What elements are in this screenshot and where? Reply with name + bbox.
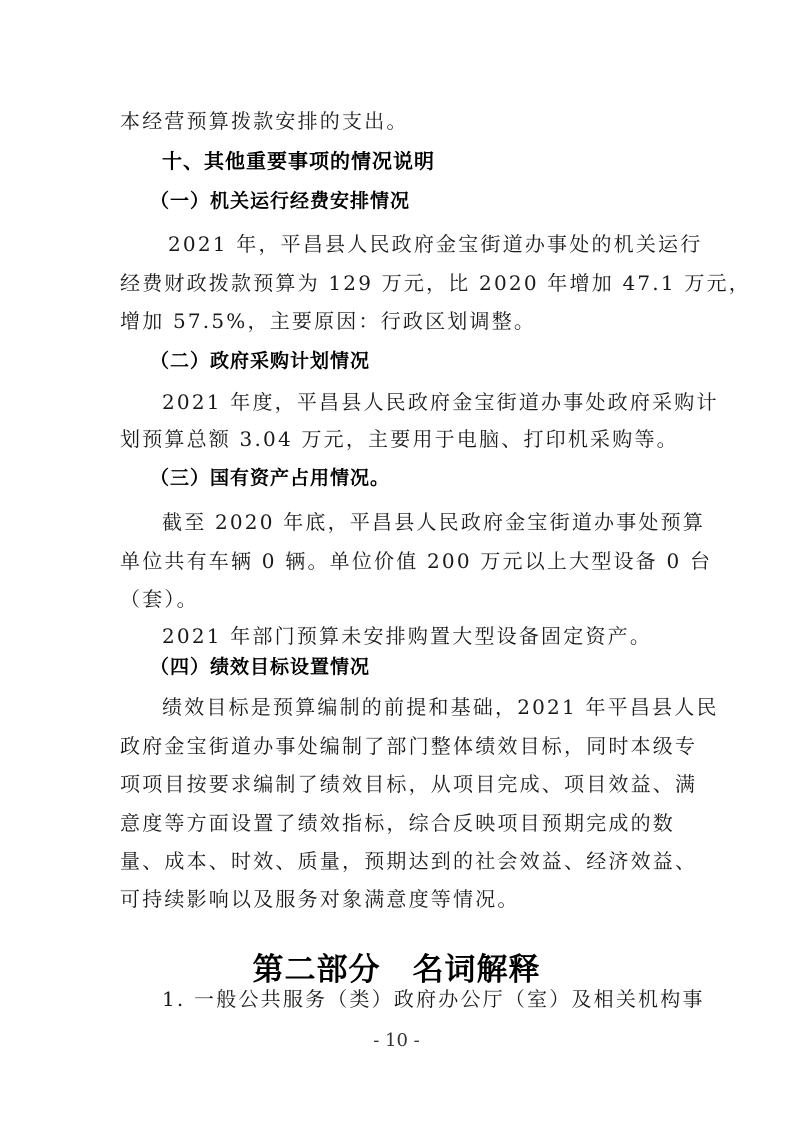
paragraph-line: 2021 年，平昌县人民政府金宝街道办事处的机关运行	[168, 231, 670, 257]
paragraph-line: 2021 年部门预算未安排购置大型设备固定资产。	[162, 623, 714, 649]
definition-line: 1. 一般公共服务（类）政府办公厅（室）及相关机构事	[162, 986, 670, 1012]
subsection-heading-1: （一）机关运行经费安排情况	[150, 188, 702, 214]
paragraph-line: 单位共有车辆 0 辆。单位价值 200 万元以上大型设备 0 台	[120, 548, 672, 574]
paragraph-line: 划预算总额 3.04 万元，主要用于电脑、打印机采购等。	[120, 426, 672, 452]
page-number: - 10 -	[0, 1030, 793, 1051]
paragraph-line: 2021 年度，平昌县人民政府金宝街道办事处政府采购计	[162, 389, 670, 415]
subsection-heading-2: （二）政府采购计划情况	[150, 348, 702, 374]
paragraph-line: 量、成本、时效、质量，预期达到的社会效益、经济效益、	[120, 848, 672, 874]
paragraph-line: 截至 2020 年底，平昌县人民政府金宝街道办事处预算	[162, 509, 670, 535]
continuation-text: 本经营预算拨款安排的支出。	[120, 108, 672, 134]
paragraph-line: 绩效目标是预算编制的前提和基础，2021 年平昌县人民	[162, 694, 670, 720]
document-page: 本经营预算拨款安排的支出。 十、其他重要事项的情况说明 （一）机关运行经费安排情…	[0, 0, 793, 1122]
section-heading-10: 十、其他重要事项的情况说明	[162, 148, 714, 174]
paragraph-line: 项项目按要求编制了绩效目标，从项目完成、项目效益、满	[120, 771, 672, 797]
paragraph-line: 增加 57.5%，主要原因：行政区划调整。	[120, 308, 672, 334]
paragraph-line: 政府金宝街道办事处编制了部门整体绩效目标，同时本级专	[120, 733, 672, 759]
subsection-heading-4: （四）绩效目标设置情况	[150, 654, 702, 680]
part-two-title: 第二部分 名词解释	[0, 944, 793, 989]
paragraph-line: 可持续影响以及服务对象满意度等情况。	[120, 886, 672, 912]
paragraph-line: 经费财政拨款预算为 129 万元，比 2020 年增加 47.1 万元，	[120, 270, 672, 296]
subsection-heading-3: （三）国有资产占用情况。	[150, 465, 702, 491]
paragraph-line: 意度等方面设置了绩效指标，综合反映项目预期完成的数	[120, 810, 672, 836]
paragraph-line: （套）。	[120, 586, 672, 612]
